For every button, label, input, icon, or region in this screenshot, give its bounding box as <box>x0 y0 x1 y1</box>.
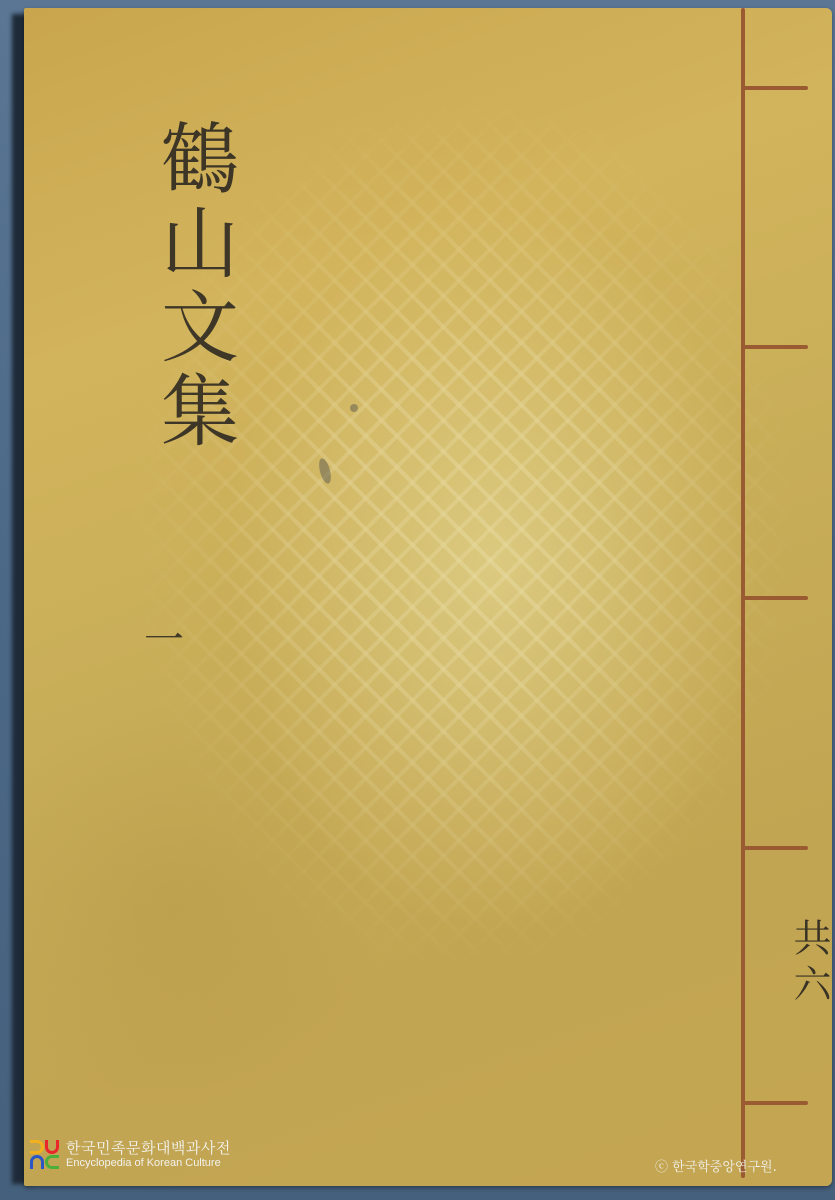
watermark-logo: 한국민족문화대백과사전 Encyclopedia of Korean Cultu… <box>30 1140 231 1170</box>
set-count-label: 共六 <box>782 918 832 1010</box>
binding-thread <box>741 8 745 1178</box>
copyright-notice: ⓒ 한국학중앙연구원. <box>655 1156 777 1175</box>
volume-number: 一 <box>144 608 184 665</box>
stain-spot <box>350 404 358 412</box>
binding-stitch <box>743 86 808 90</box>
binding-stitch <box>743 846 808 850</box>
binding-stitch <box>743 596 808 600</box>
book-title: 鶴山文集 <box>104 118 244 454</box>
binding-stitch <box>743 1101 808 1105</box>
watermark-name-english: Encyclopedia of Korean Culture <box>66 1157 231 1170</box>
encykorea-logo-icon <box>30 1140 60 1170</box>
book-cover: 鶴山文集 一 共六 <box>24 8 832 1186</box>
watermark-name-korean: 한국민족문화대백과사전 <box>66 1140 231 1157</box>
binding-stitch <box>743 345 808 349</box>
